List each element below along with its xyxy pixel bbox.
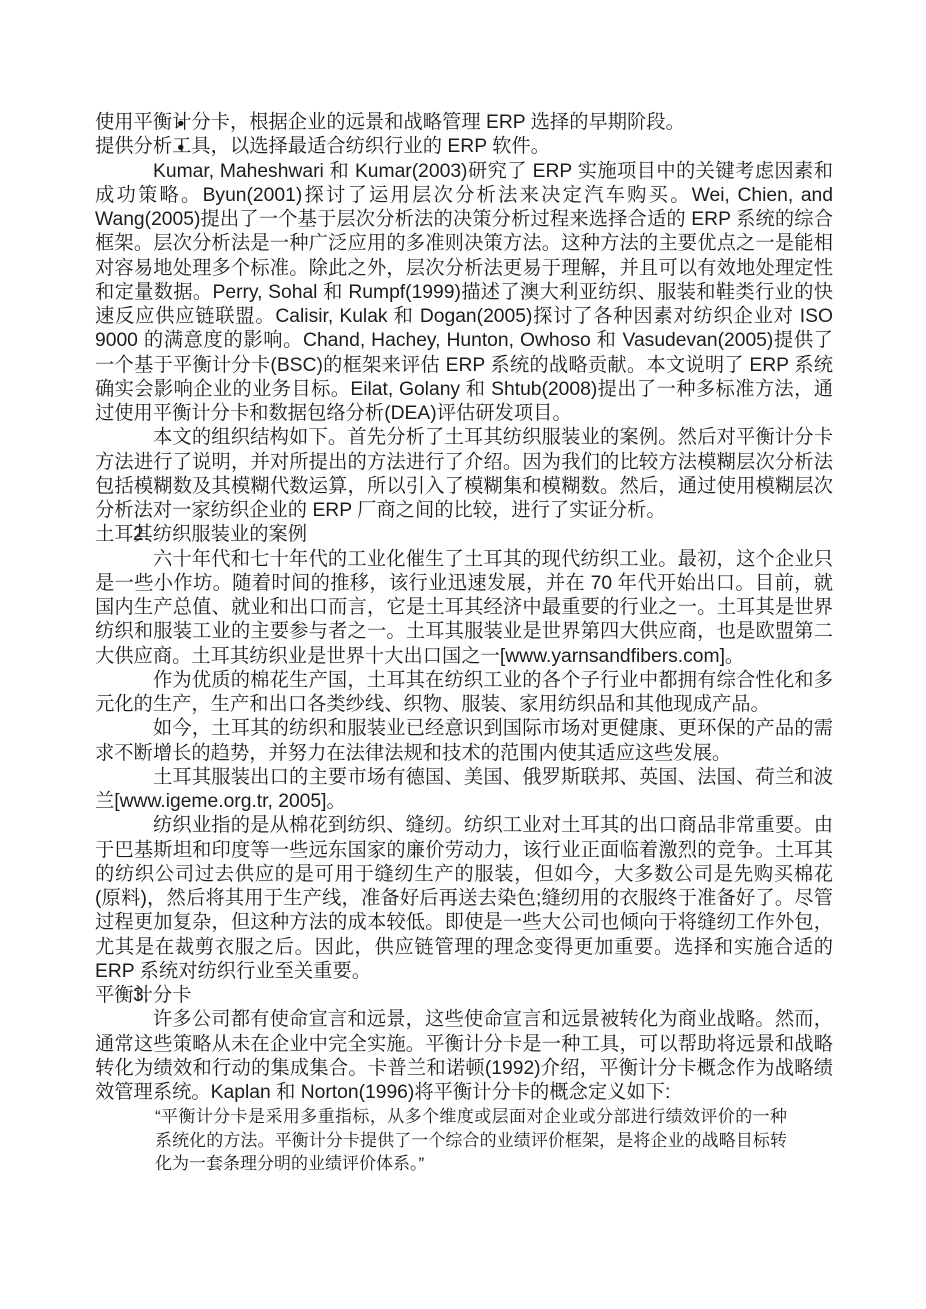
- paragraph-bsc-introduction: 许多公司都有使命宣言和远景，这些使命宣言和远景被转化为商业战略。然而，通常这些策…: [95, 1008, 833, 1105]
- bullet-text: 提供分析工具，以选择最适合纺织行业的 ERP 软件。: [95, 136, 550, 157]
- section-heading-2: 2. 土耳其纺织服装业的案例: [95, 523, 833, 547]
- paragraph-cotton-production: 作为优质的棉花生产国，土耳其在纺织工业的各个子行业中都拥有综合性化和多元化的生产…: [95, 669, 833, 718]
- paragraph-market-trends: 如今，土耳其的纺织和服装业已经意识到国际市场对更健康、更环保的产品的需求不断增长…: [95, 717, 833, 766]
- bullet-icon: ●: [177, 111, 185, 135]
- document-page: ● 使用平衡计分卡，根据企业的远景和战略管理 ERP 选择的早期阶段。 ● 提供…: [0, 0, 926, 1309]
- section-number: 3.: [133, 984, 149, 1008]
- section-title: 土耳其纺织服装业的案例: [95, 524, 307, 545]
- bullet-icon: ●: [177, 135, 185, 159]
- bullet-item: ● 提供分析工具，以选择最适合纺织行业的 ERP 软件。: [95, 135, 833, 159]
- paragraph-literature-review: Kumar, Maheshwari 和 Kumar(2003)研究了 ERP 实…: [95, 160, 833, 427]
- section-number: 2.: [133, 523, 149, 547]
- section-heading-3: 3. 平衡计分卡: [95, 984, 833, 1008]
- paragraph-export-markets: 土耳其服装出口的主要市场有德国、美国、俄罗斯联邦、英国、法国、荷兰和波兰[www…: [95, 766, 833, 815]
- block-quote-bsc-definition: “平衡计分卡是采用多重指标，从多个维度或层面对企业或分部进行绩效评价的一种系统化…: [155, 1105, 787, 1176]
- document-text-block: ● 使用平衡计分卡，根据企业的远景和战略管理 ERP 选择的早期阶段。 ● 提供…: [95, 111, 833, 1176]
- paragraph-turkish-industry-history: 六十年代和七十年代的工业化催生了土耳其的现代纺织工业。最初，这个企业只是一些小作…: [95, 548, 833, 669]
- paragraph-textile-process: 纺织业指的是从棉花到纺织、缝纫。纺织工业对土耳其的出口商品非常重要。由于巴基斯坦…: [95, 814, 833, 984]
- paragraph-structure-overview: 本文的组织结构如下。首先分析了土耳其纺织服装业的案例。然后对平衡计分卡方法进行了…: [95, 426, 833, 523]
- bullet-item: ● 使用平衡计分卡，根据企业的远景和战略管理 ERP 选择的早期阶段。: [95, 111, 833, 135]
